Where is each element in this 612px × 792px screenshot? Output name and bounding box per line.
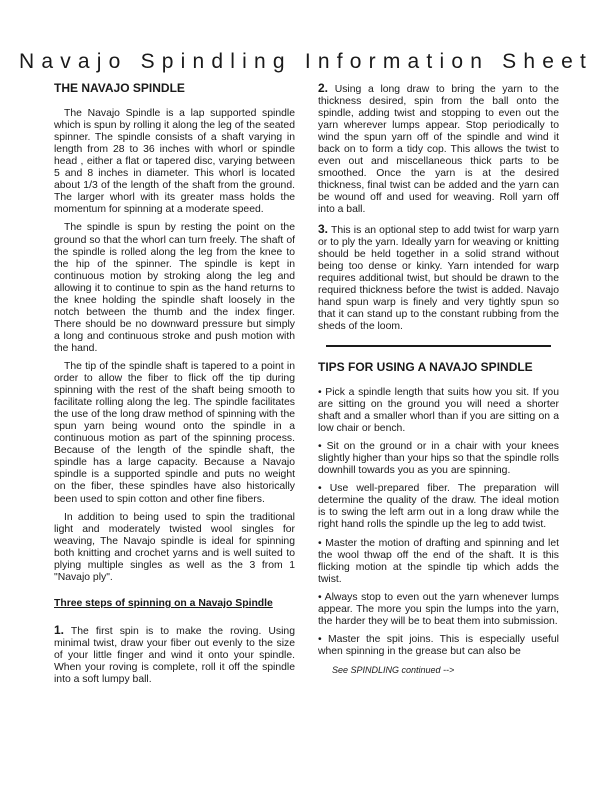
step-text: Using a long draw to bring the yarn to t…: [318, 84, 559, 215]
tip-item: • Master the motion of drafting and spin…: [318, 538, 559, 586]
tip-item: • Master the spit joins. This is especia…: [318, 634, 559, 658]
section-heading-navajo-spindle: THE NAVAJO SPINDLE: [54, 82, 295, 94]
right-column: 2. Using a long draw to bring the yarn t…: [318, 82, 559, 676]
paragraph: In addition to being used to spin the tr…: [54, 512, 295, 584]
step-number: 1.: [54, 623, 64, 637]
page-title: Navajo Spindling Information Sheet: [0, 50, 612, 74]
continued-note: See SPINDLING continued -->: [332, 664, 559, 676]
tip-item: • Always stop to even out the yarn whene…: [318, 592, 559, 628]
divider: [326, 345, 551, 347]
paragraph: The tip of the spindle shaft is tapered …: [54, 361, 295, 506]
paragraph: The Navajo Spindle is a lap supported sp…: [54, 108, 295, 216]
subheading-three-steps: Three steps of spinning on a Navajo Spin…: [54, 598, 295, 610]
section-heading-tips: TIPS FOR USING A NAVAJO SPINDLE: [318, 361, 559, 373]
tip-item: • Use well-prepared fiber. The preparati…: [318, 483, 559, 531]
left-column: THE NAVAJO SPINDLE The Navajo Spindle is…: [54, 82, 295, 692]
paragraph: The spindle is spun by resting the point…: [54, 222, 295, 355]
step-1: 1. The first spin is to make the roving.…: [54, 624, 295, 686]
tip-item: • Pick a spindle length that suits how y…: [318, 387, 559, 435]
step-2: 2. Using a long draw to bring the yarn t…: [318, 82, 559, 217]
step-number: 2.: [318, 81, 328, 95]
tip-item: • Sit on the ground or in a chair with y…: [318, 441, 559, 477]
step-3: 3. This is an optional step to add twist…: [318, 223, 559, 333]
step-number: 3.: [318, 222, 328, 236]
step-text: The first spin is to make the roving. Us…: [54, 626, 295, 685]
step-text: This is an optional step to add twist fo…: [318, 225, 559, 332]
